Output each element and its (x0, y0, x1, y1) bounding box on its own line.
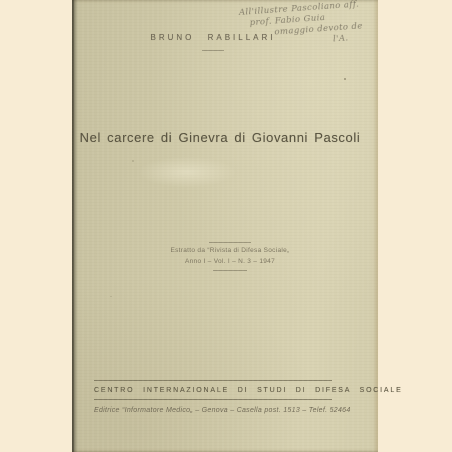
author-name: BRUNO RABILLARI (72, 33, 354, 42)
handwritten-dedication: All'illustre Pascoliano aff. prof. Fabio… (239, 0, 382, 52)
extract-issue: Anno I – Vol. I – N. 3 – 1947 (72, 258, 388, 265)
page-title: Nel carcere di Ginevra di Giovanni Pasco… (72, 130, 368, 145)
footer-top-rule (94, 380, 332, 381)
footer-imprint-block: CENTRO INTERNAZIONALE DI STUDI DI DIFESA… (94, 380, 332, 414)
extract-top-rule (209, 242, 251, 243)
paper-speck (132, 160, 134, 162)
paper-speck (110, 296, 112, 297)
extract-source: Estratto da “Rivista di Difesa Sociale„ (72, 247, 388, 254)
publisher-imprint: Editrice “Informatore Medico„ – Genova –… (94, 407, 332, 414)
author-underline-rule (202, 50, 224, 51)
paper-speck (344, 78, 346, 80)
extract-note: Estratto da “Rivista di Difesa Sociale„ … (72, 242, 388, 271)
institute-name: CENTRO INTERNAZIONALE DI STUDI DI DIFESA… (94, 387, 332, 394)
pamphlet-cover-paper: All'illustre Pascoliano aff. prof. Fabio… (72, 0, 378, 452)
footer-middle-rule (94, 399, 332, 400)
extract-bottom-rule (213, 270, 247, 271)
photo-background: All'illustre Pascoliano aff. prof. Fabio… (0, 0, 452, 452)
